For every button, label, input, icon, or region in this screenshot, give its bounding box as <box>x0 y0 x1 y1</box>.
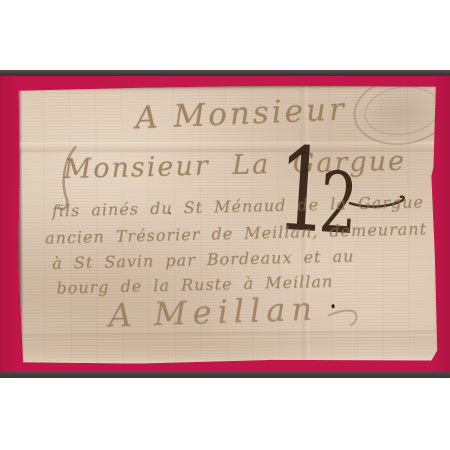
ink-speck <box>301 152 303 155</box>
postmark-inner-ring <box>361 81 443 140</box>
manuscript-body-line: fils ainés du St Ménaud de la Gargue <box>52 192 424 220</box>
ink-speck <box>169 212 171 214</box>
folded-letter: A Monsieur Monsieur La Gargue 12 fils ai… <box>17 85 439 365</box>
bottom-flap-edge <box>19 337 439 366</box>
destination-line: A Meillan <box>108 290 319 335</box>
crimson-mat-background: A Monsieur Monsieur La Gargue 12 fils ai… <box>0 76 450 372</box>
manuscript-body-line: ancien Trésorier de Meillan, demeurant <box>45 219 427 247</box>
top-white-margin <box>0 0 450 70</box>
photo-stage: A Monsieur Monsieur La Gargue 12 fils ai… <box>0 0 450 450</box>
postmark-icon <box>349 70 450 152</box>
ink-speck <box>332 304 335 308</box>
bottom-white-margin <box>0 378 450 450</box>
